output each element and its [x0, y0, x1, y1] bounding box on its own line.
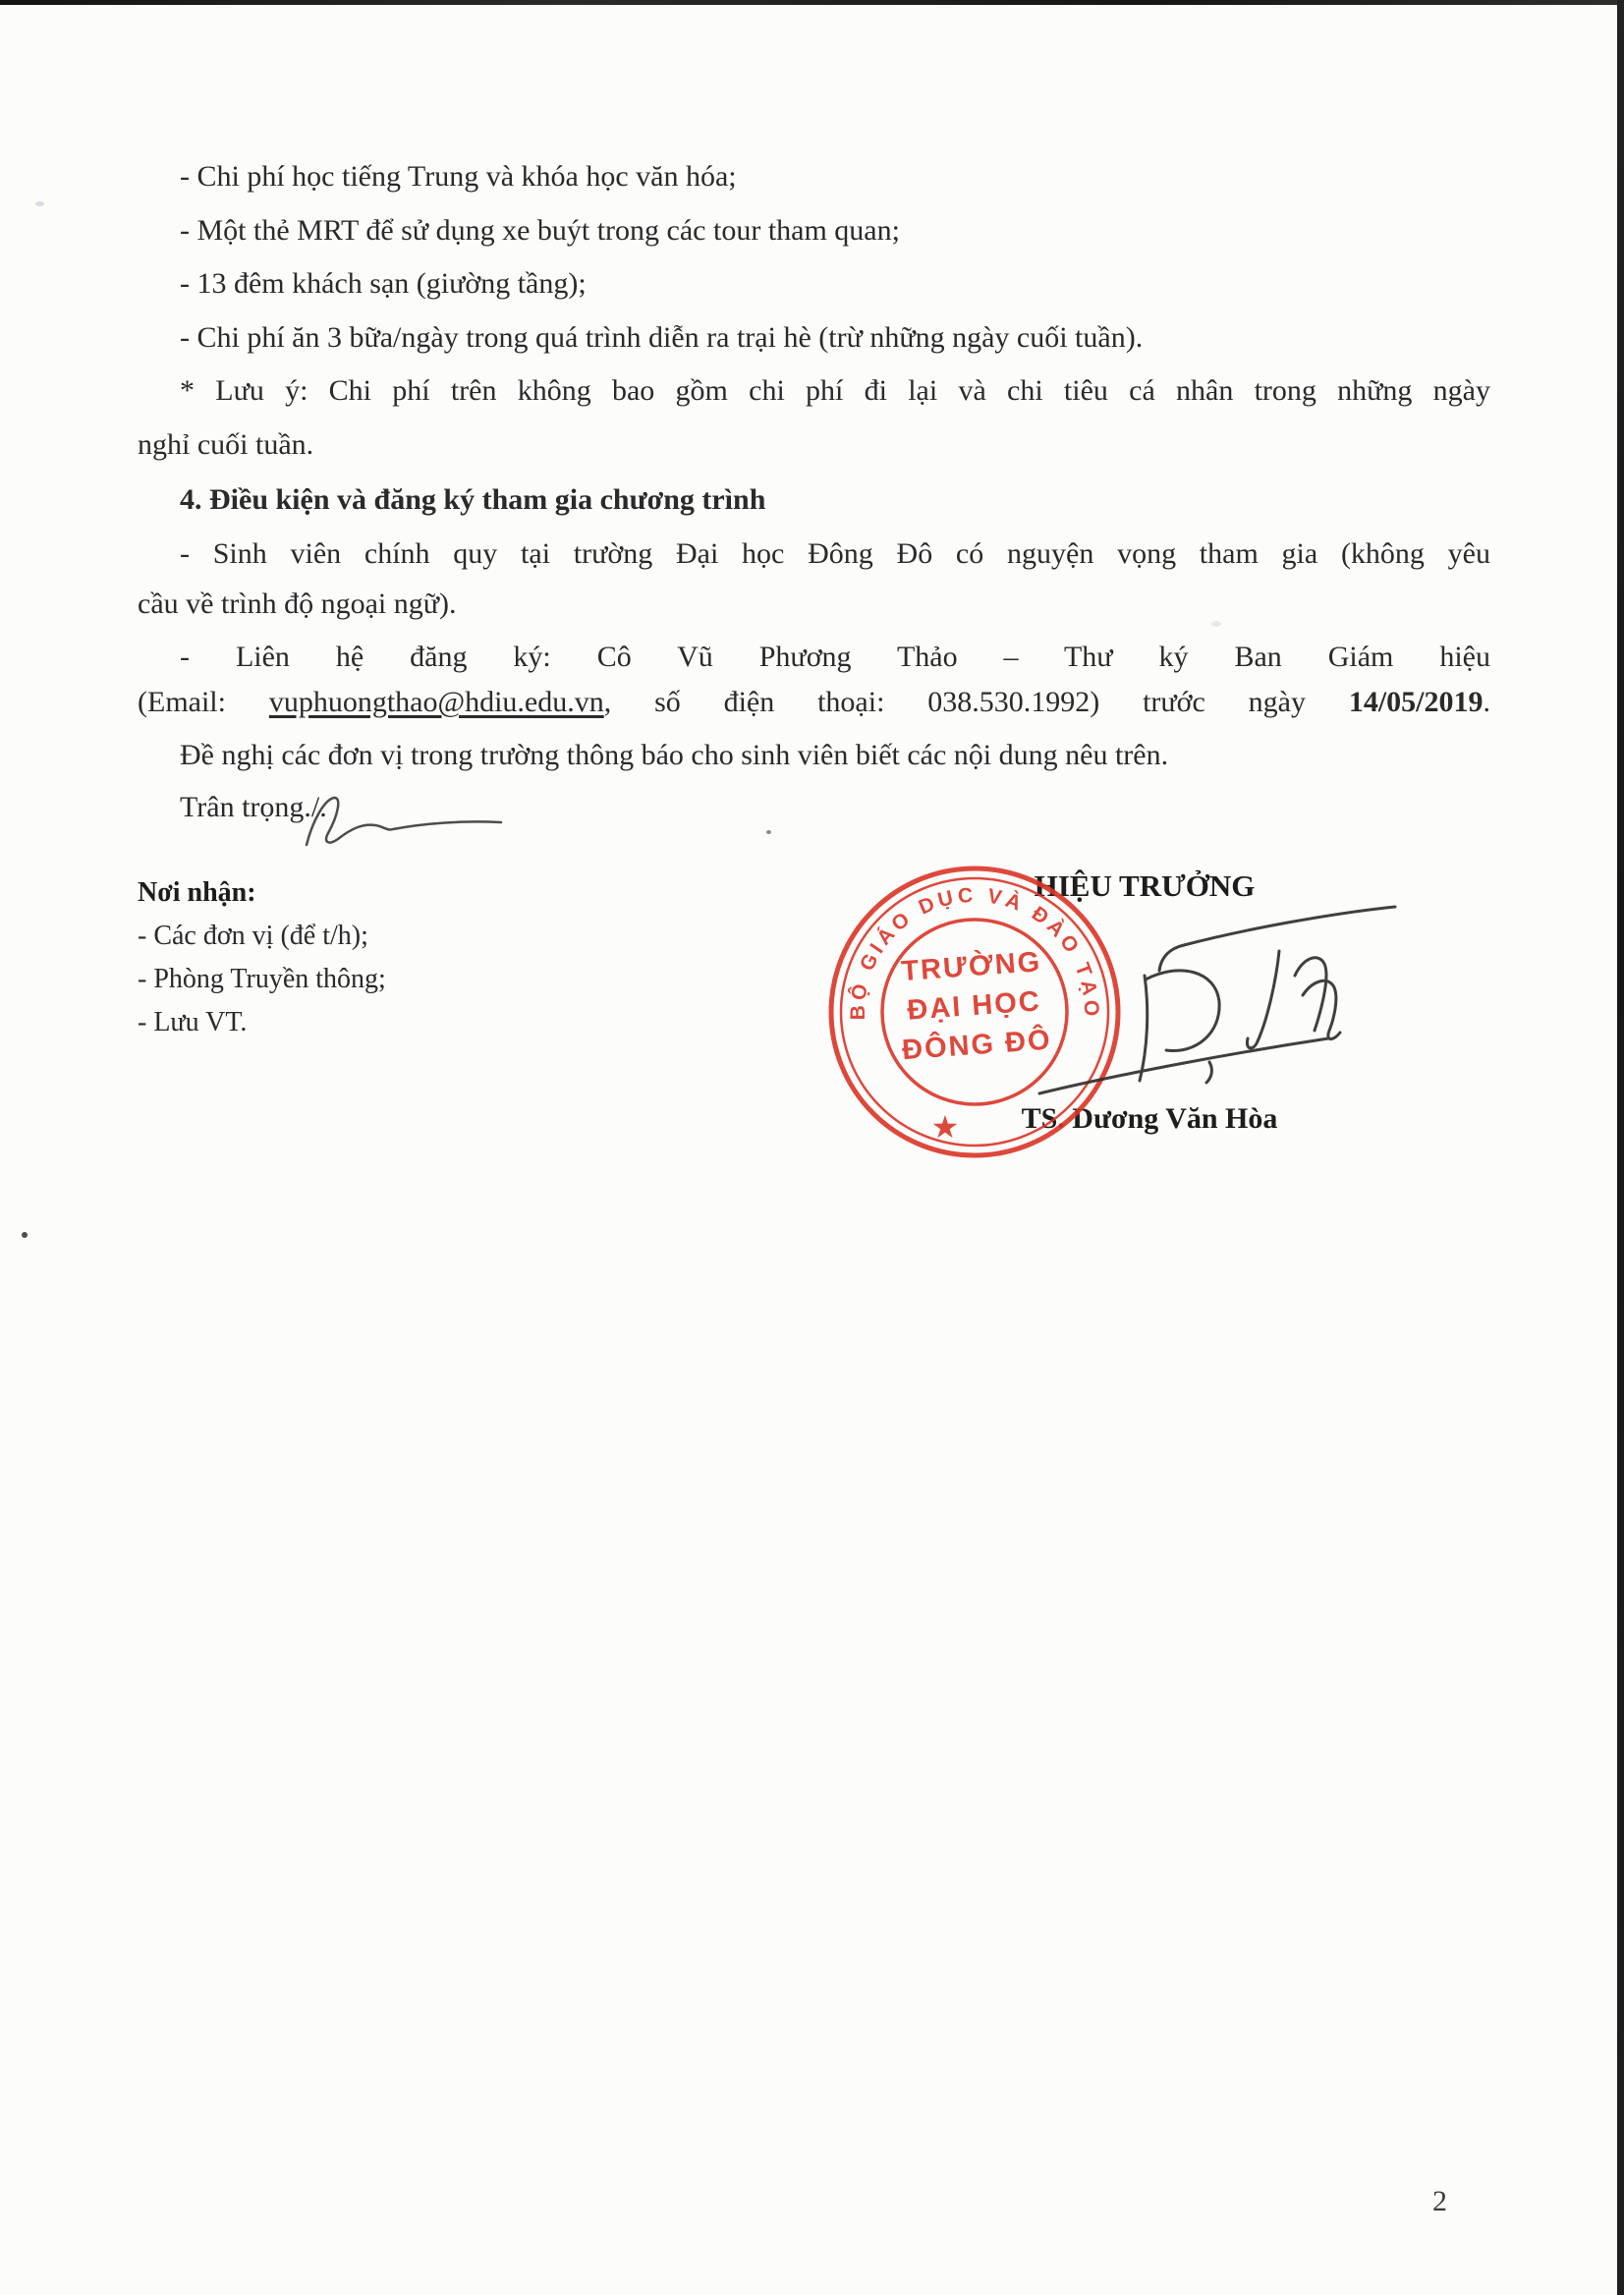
bullet-meals: - Chi phí ăn 3 bữa/ngày trong quá trình …	[138, 318, 1490, 358]
recipient-item: - Các đơn vị (để t/h);	[138, 921, 368, 952]
bullet-mrt-card: - Một thẻ MRT để sử dụng xe buýt trong c…	[138, 211, 1490, 251]
scan-edge-right	[1617, 0, 1624, 2295]
condition-line-1: - Sinh viên chính quy tại trường Đại học…	[138, 534, 1490, 574]
bullet-hotel-nights: - 13 đêm khách sạn (giường tầng);	[138, 264, 1490, 304]
page-number: 2	[1432, 2185, 1447, 2218]
request-line: Đề nghị các đơn vị trong trường thông bá…	[138, 736, 1490, 775]
handwritten-signature	[1012, 877, 1434, 1118]
bullet-cost-language: - Chi phí học tiếng Trung và khóa học vă…	[138, 157, 1490, 196]
recipient-item: - Lưu VT.	[138, 1007, 247, 1038]
contact-line-1: - Liên hệ đăng ký: Cô Vũ Phương Thảo – T…	[138, 638, 1490, 677]
scanned-document-page: { "page": { "number": "2" }, "body": { "…	[0, 0, 1624, 2295]
scan-speck	[22, 1232, 28, 1238]
stamp-star-icon: ★	[931, 1109, 960, 1145]
phone-and-deadline-text: , số điện thoại: 038.530.1992) trước ngà…	[604, 686, 1349, 718]
contact-line-2: (Email: vuphuongthao@hdiu.edu.vn, số điệ…	[138, 683, 1490, 722]
deadline-date: 14/05/2019	[1349, 686, 1484, 718]
recipients-heading: Nơi nhận:	[138, 877, 256, 909]
email-prefix: (Email:	[138, 686, 269, 718]
scan-speck	[35, 201, 44, 206]
condition-line-2: cầu về trình độ ngoại ngữ).	[138, 585, 1490, 624]
scan-edge-top	[0, 0, 1624, 5]
note-line-1: * Lưu ý: Chi phí trên không bao gồm chi …	[138, 371, 1490, 411]
scan-speck	[766, 830, 771, 834]
closing-handwriting-flourish	[277, 784, 513, 858]
email-address: vuphuongthao@hdiu.edu.vn	[269, 686, 604, 718]
section4-heading: 4. Điều kiện và đăng ký tham gia chương …	[138, 480, 1490, 520]
note-line-2: nghỉ cuối tuần.	[138, 425, 1490, 465]
recipient-item: - Phòng Truyền thông;	[138, 964, 386, 995]
sentence-end: .	[1484, 686, 1491, 718]
